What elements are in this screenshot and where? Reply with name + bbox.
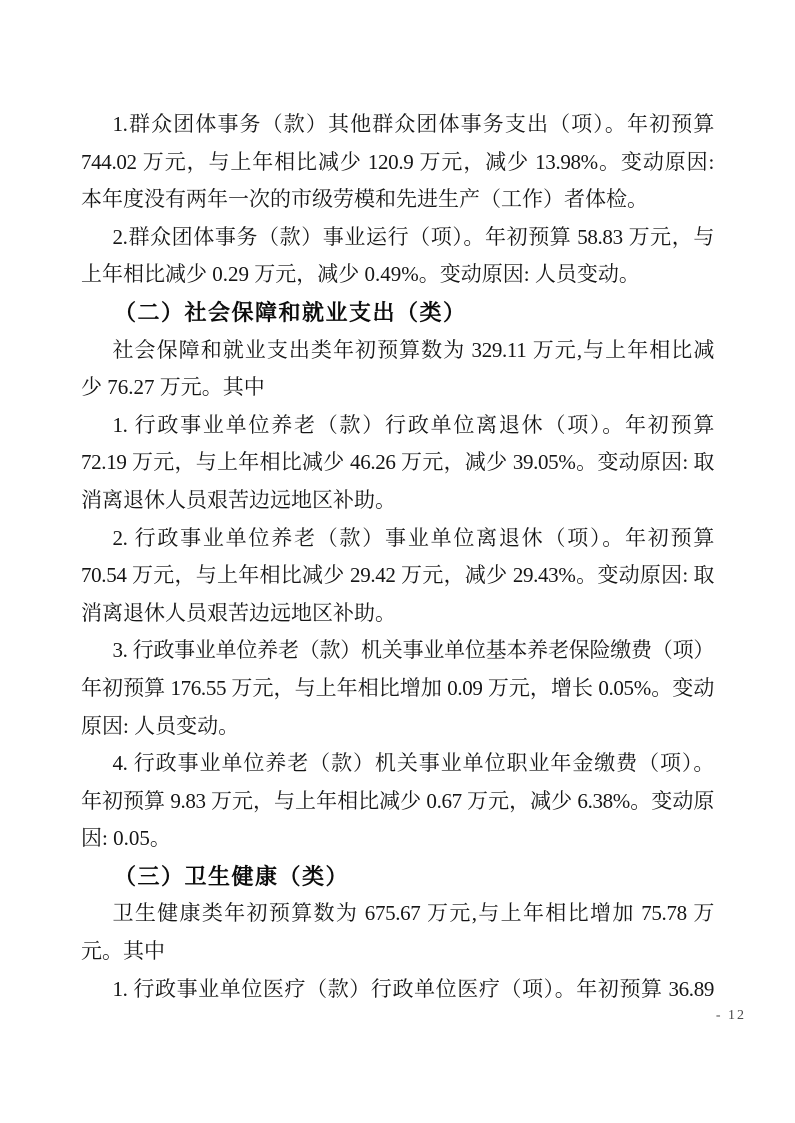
text-line: （三）卫生健康（类）	[81, 858, 714, 896]
section-heading: （三）卫生健康（类）	[81, 858, 714, 896]
text-line: 4. 行政事业单位养老（款）机关事业单位职业年金缴费（项）。	[81, 745, 714, 783]
paragraph: 2.群众团体事务（款）事业运行（项）。年初预算 58.83 万元，与上年相比减少…	[81, 219, 714, 294]
text-line: 上年相比减少 0.29 万元，减少 0.49%。变动原因: 人员变动。	[81, 256, 714, 294]
document-page: 1.群众团体事务（款）其他群众团体事务支出（项）。年初预算744.02 万元，与…	[0, 0, 795, 1123]
text-line: 少 76.27 万元。其中	[81, 369, 714, 407]
section-heading: （二）社会保障和就业支出（类）	[81, 294, 714, 332]
text-line: 1.群众团体事务（款）其他群众团体事务支出（项）。年初预算	[81, 106, 714, 144]
text-line: 2.群众团体事务（款）事业运行（项）。年初预算 58.83 万元，与	[81, 219, 714, 257]
text-line: 72.19 万元，与上年相比减少 46.26 万元，减少 39.05%。变动原因…	[81, 444, 714, 482]
text-line: 年初预算 176.55 万元，与上年相比增加 0.09 万元，增长 0.05%。…	[81, 670, 714, 708]
page-number: - 12	[716, 1008, 746, 1024]
paragraph: 卫生健康类年初预算数为 675.67 万元,与上年相比增加 75.78 万元。其…	[81, 895, 714, 970]
paragraph: 1. 行政事业单位医疗（款）行政单位医疗（项）。年初预算 36.89	[81, 971, 714, 1009]
text-line: 消离退休人员艰苦边远地区补助。	[81, 482, 714, 520]
paragraph: 1.群众团体事务（款）其他群众团体事务支出（项）。年初预算744.02 万元，与…	[81, 106, 714, 219]
text-line: 原因: 人员变动。	[81, 708, 714, 746]
text-line: 因: 0.05。	[81, 820, 714, 858]
paragraph: 4. 行政事业单位养老（款）机关事业单位职业年金缴费（项）。年初预算 9.83 …	[81, 745, 714, 858]
text-line: 年初预算 9.83 万元，与上年相比减少 0.67 万元，减少 6.38%。变动…	[81, 783, 714, 821]
text-line: 1. 行政事业单位养老（款）行政单位离退休（项）。年初预算	[81, 407, 714, 445]
text-line: 3. 行政事业单位养老（款）机关事业单位基本养老保险缴费（项）	[81, 632, 714, 670]
text-line: 744.02 万元，与上年相比减少 120.9 万元，减少 13.98%。变动原…	[81, 144, 714, 182]
text-line: 元。其中	[81, 933, 714, 971]
text-line: 卫生健康类年初预算数为 675.67 万元,与上年相比增加 75.78 万	[81, 895, 714, 933]
paragraph: 3. 行政事业单位养老（款）机关事业单位基本养老保险缴费（项）年初预算 176.…	[81, 632, 714, 745]
text-line: （二）社会保障和就业支出（类）	[81, 294, 714, 332]
text-line: 社会保障和就业支出类年初预算数为 329.11 万元,与上年相比减	[81, 332, 714, 370]
text-line: 本年度没有两年一次的市级劳模和先进生产（工作）者体检。	[81, 181, 714, 219]
text-line: 70.54 万元，与上年相比减少 29.42 万元，减少 29.43%。变动原因…	[81, 557, 714, 595]
paragraph: 2. 行政事业单位养老（款）事业单位离退休（项）。年初预算70.54 万元，与上…	[81, 520, 714, 633]
text-line: 2. 行政事业单位养老（款）事业单位离退休（项）。年初预算	[81, 520, 714, 558]
text-line: 1. 行政事业单位医疗（款）行政单位医疗（项）。年初预算 36.89	[81, 971, 714, 1009]
paragraph: 社会保障和就业支出类年初预算数为 329.11 万元,与上年相比减少 76.27…	[81, 332, 714, 407]
document-body: 1.群众团体事务（款）其他群众团体事务支出（项）。年初预算744.02 万元，与…	[81, 106, 714, 1008]
text-line: 消离退休人员艰苦边远地区补助。	[81, 595, 714, 633]
paragraph: 1. 行政事业单位养老（款）行政单位离退休（项）。年初预算72.19 万元，与上…	[81, 407, 714, 520]
